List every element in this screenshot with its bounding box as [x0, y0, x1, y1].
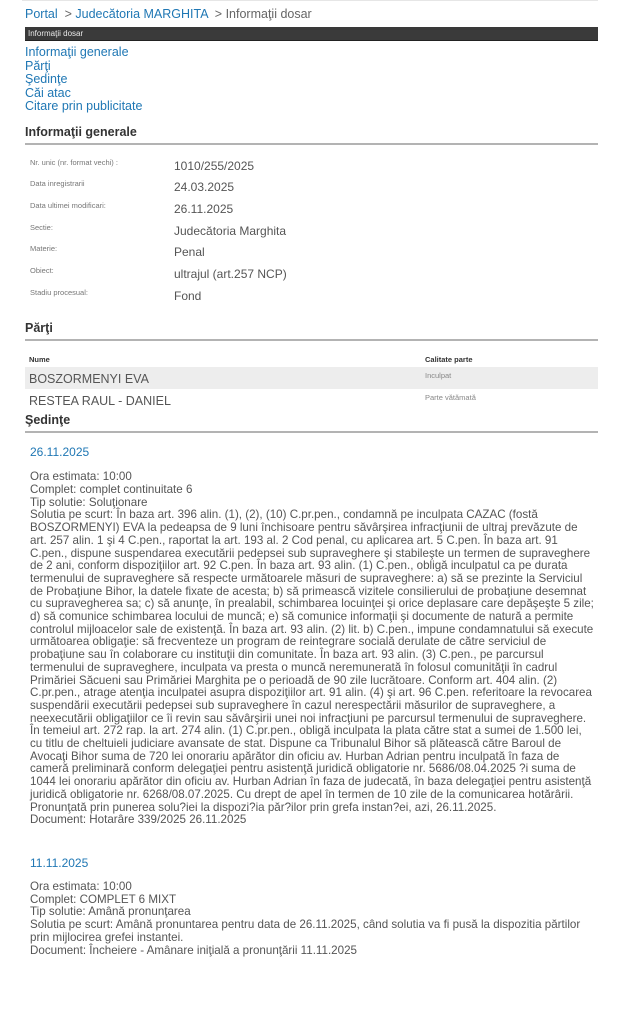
info-row-section: Sectie: Judecătoria Marghita [25, 223, 598, 245]
info-row-registration-date: Data inregistrarii 24.03.2025 [25, 179, 598, 201]
info-label: Data inregistrarii [25, 179, 174, 189]
hearing-details: Ora estimata: 10:00 Complet: COMPLET 6 M… [30, 881, 598, 957]
hearing-document: Document: Încheiere - Amânare iniţială a… [30, 945, 596, 958]
hearing-solution-summary: Solutia pe scurt: Amână pronuntarea pent… [30, 919, 596, 944]
general-info-table: Nr. unic (nr. format vechi) : 1010/255/2… [25, 158, 598, 310]
nav-link-cai-atac[interactable]: Căi atac [25, 87, 598, 101]
info-row-procedural-stage: Stadiu procesual: Fond [25, 288, 598, 310]
general-info-section: Informaţii generale Nr. unic (nr. format… [25, 125, 598, 310]
info-label: Nr. unic (nr. format vechi) : [25, 158, 174, 168]
info-label: Sectie: [25, 223, 174, 233]
case-info-page: Portal > Judecătoria MARGHITA > Informaţ… [0, 0, 625, 957]
party-name: BOSZORMENYI EVA [25, 367, 425, 386]
page-anchor-nav: Informaţii generale Părţi Şedinţe Căi at… [25, 46, 598, 114]
parties-table-header: Nume Calitate parte [25, 351, 598, 367]
breadcrumb: Portal > Judecătoria MARGHITA > Informaţ… [25, 0, 598, 27]
hearing-solution-summary: Solutia pe scurt: În baza art. 396 alin.… [30, 509, 596, 814]
info-value: 24.03.2025 [174, 180, 234, 194]
hearing-item: 26.11.2025 Ora estimata: 10:00 Complet: … [25, 433, 598, 827]
breadcrumb-court[interactable]: Judecătoria MARGHITA [75, 7, 207, 21]
info-row-object: Obiect: ultrajul (art.257 NCP) [25, 266, 598, 288]
hearings-section: Şedinţe 26.11.2025 Ora estimata: 10:00 C… [25, 413, 598, 957]
party-name: RESTEA RAUL - DANIEL [25, 389, 425, 408]
info-value: Penal [174, 245, 205, 259]
breadcrumb-separator: > [61, 7, 75, 21]
info-value: 26.11.2025 [174, 202, 233, 216]
nav-link-sedinte[interactable]: Şedinţe [25, 73, 598, 87]
info-label: Materie: [25, 244, 174, 254]
column-header-name: Nume [25, 355, 425, 364]
info-row-case-number: Nr. unic (nr. format vechi) : 1010/255/2… [25, 158, 598, 180]
hearing-date: 11.11.2025 [30, 856, 88, 870]
hearing-document: Document: Hotarâre 339/2025 26.11.2025 [30, 814, 596, 827]
section-title-hearings: Şedinţe [25, 413, 598, 433]
nav-link-citare-publicitate[interactable]: Citare prin publicitate [25, 100, 598, 114]
nav-link-parti[interactable]: Părţi [25, 60, 598, 74]
section-header-bar: Informaţii dosar [25, 27, 598, 41]
table-row: BOSZORMENYI EVA Inculpat [25, 367, 598, 389]
nav-link-informatii-generale[interactable]: Informaţii generale [25, 46, 598, 60]
column-header-role: Calitate parte [425, 355, 598, 364]
breadcrumb-separator: > [211, 7, 225, 21]
info-value: 1010/255/2025 [174, 159, 254, 173]
info-row-last-modified: Data ultimei modificari: 26.11.2025 [25, 201, 598, 223]
info-value: Fond [174, 289, 201, 303]
info-value: Judecătoria Marghita [174, 224, 286, 238]
section-title-parties: Părţi [25, 321, 598, 341]
hearing-item: 11.11.2025 Ora estimata: 10:00 Complet: … [25, 827, 598, 957]
info-label: Stadiu procesual: [25, 288, 174, 298]
breadcrumb-portal[interactable]: Portal [25, 7, 58, 21]
section-title-general-info: Informaţii generale [25, 125, 598, 145]
hearing-details: Ora estimata: 10:00 Complet: complet con… [30, 471, 598, 827]
hearing-date: 26.11.2025 [30, 445, 89, 459]
info-value: ultrajul (art.257 NCP) [174, 267, 287, 281]
info-label: Obiect: [25, 266, 174, 276]
parties-table: Nume Calitate parte BOSZORMENYI EVA Incu… [25, 351, 598, 411]
table-row: RESTEA RAUL - DANIEL Parte vătămată [25, 389, 598, 411]
hearing-panel: Complet: complet continuitate 6 [30, 484, 596, 497]
party-role: Inculpat [425, 367, 598, 380]
parties-section: Părţi Nume Calitate parte BOSZORMENYI EV… [25, 321, 598, 411]
info-label: Data ultimei modificari: [25, 201, 174, 211]
hearing-time: Ora estimata: 10:00 [30, 881, 596, 894]
info-row-matter: Materie: Penal [25, 244, 598, 266]
party-role: Parte vătămată [425, 389, 598, 402]
breadcrumb-current: Informaţii dosar [226, 7, 312, 21]
